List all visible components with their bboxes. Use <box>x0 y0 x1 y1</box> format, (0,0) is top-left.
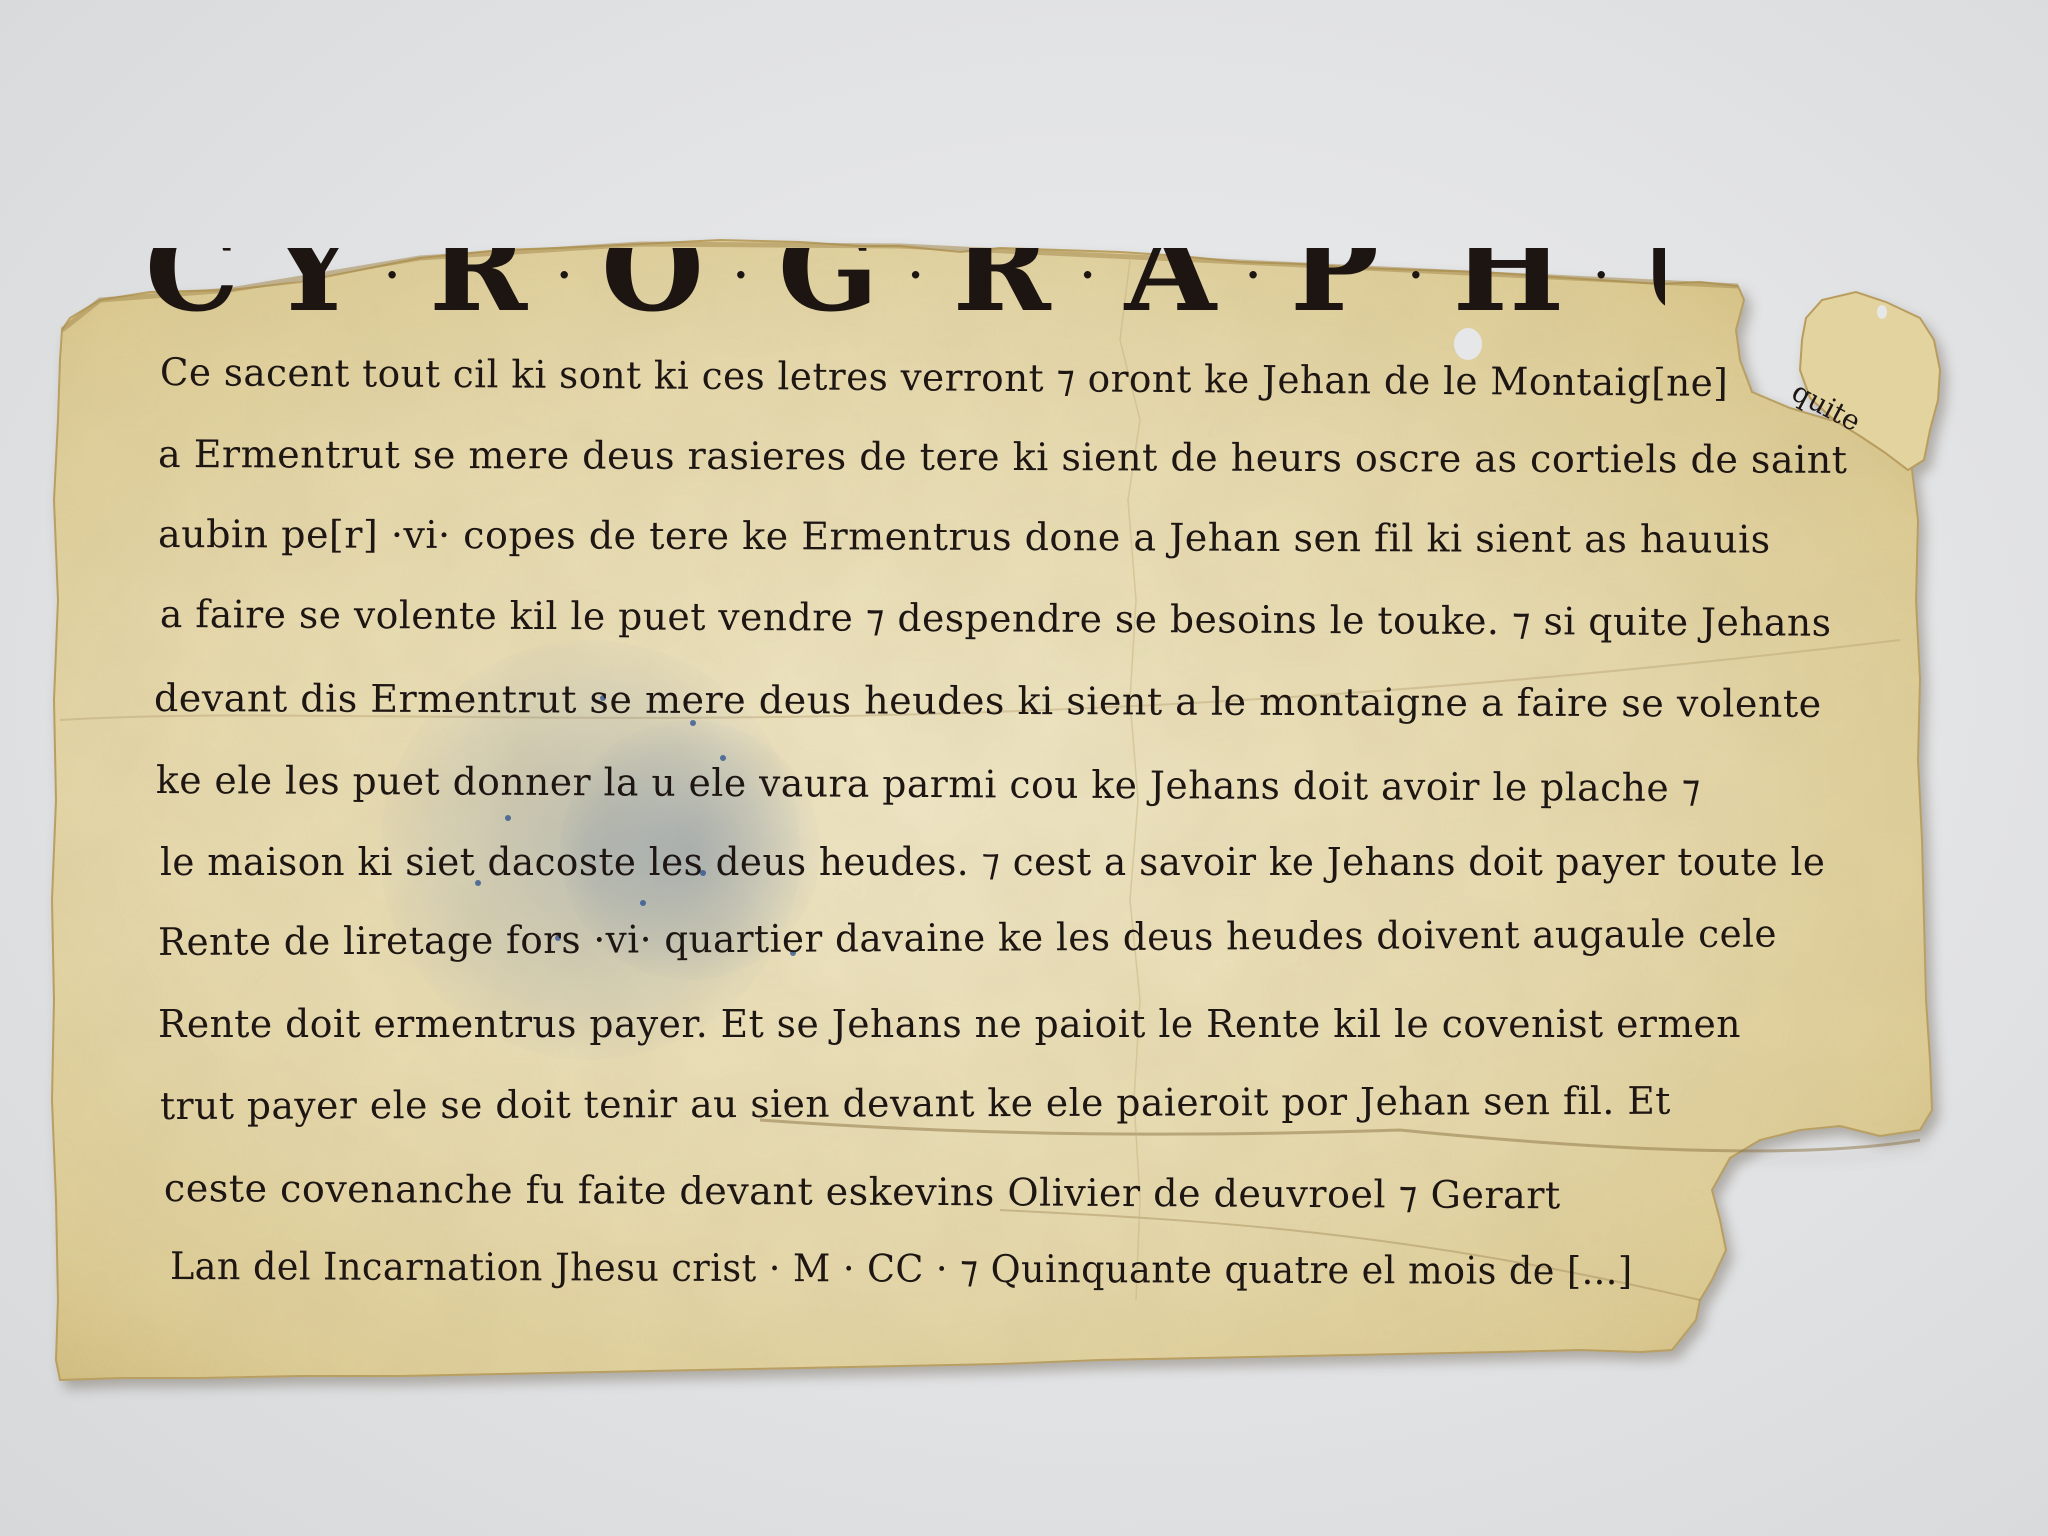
chirograph-dot: · <box>1381 256 1453 296</box>
text-line-5: devant dis Ermentrut se mere deus heudes… <box>154 676 1822 726</box>
text-line-10: trut payer ele se doit tenir au sien dev… <box>160 1079 1671 1128</box>
chirograph-dot: · <box>1218 256 1290 296</box>
chirograph-letter: U <box>1638 248 1665 328</box>
chirograph-dot: · <box>1053 256 1125 296</box>
chirograph-letter: G <box>778 248 881 328</box>
chirograph-header: C Y · R · O · G · R · A · P · H · U <box>145 248 1665 338</box>
text-line-12: Lan del Incarnation Jhesu crist · M · CC… <box>170 1244 1633 1293</box>
chirograph-letter: O <box>601 248 706 328</box>
text-line-3: aubin pe[r] ·vi· copes de tere ke Erment… <box>158 512 1771 562</box>
chirograph-letter: Y <box>271 248 357 328</box>
chirograph-letter: R <box>953 248 1053 328</box>
chirograph-dot: · <box>706 256 778 296</box>
chirograph-letter: A <box>1125 248 1219 328</box>
ink-speck <box>505 815 511 821</box>
chirograph-letter: H <box>1453 248 1567 328</box>
chirograph-dot: · <box>357 256 429 296</box>
chirograph-dot: · <box>881 256 953 296</box>
chirograph-dot: · <box>529 256 601 296</box>
text-line-8: Rente de liretage fors ·vi· quartier dav… <box>158 912 1777 964</box>
text-line-6: ke ele les puet donner la u ele vaura pa… <box>156 758 1701 810</box>
text-line-11: ceste covenanche fu faite devant eskevin… <box>164 1166 1561 1217</box>
photo-background: C Y · R · O · G · R · A · P · H · U quit… <box>0 0 2048 1536</box>
text-line-9: Rente doit ermentrus payer. Et se Jehans… <box>158 1002 1741 1046</box>
chirograph-dot: · <box>1566 256 1638 296</box>
text-line-4: a faire se volente kil le puet vendre ⁊ … <box>160 592 1832 645</box>
chirograph-letter: R <box>429 248 529 328</box>
chirograph-letter: C <box>145 248 241 328</box>
chirograph-letter: P <box>1290 248 1381 328</box>
ink-speck <box>640 900 646 906</box>
text-line-7: le maison ki siet dacoste les deus heude… <box>160 840 1825 884</box>
text-line-2: a Ermentrut se mere deus rasieres de ter… <box>158 432 1848 482</box>
